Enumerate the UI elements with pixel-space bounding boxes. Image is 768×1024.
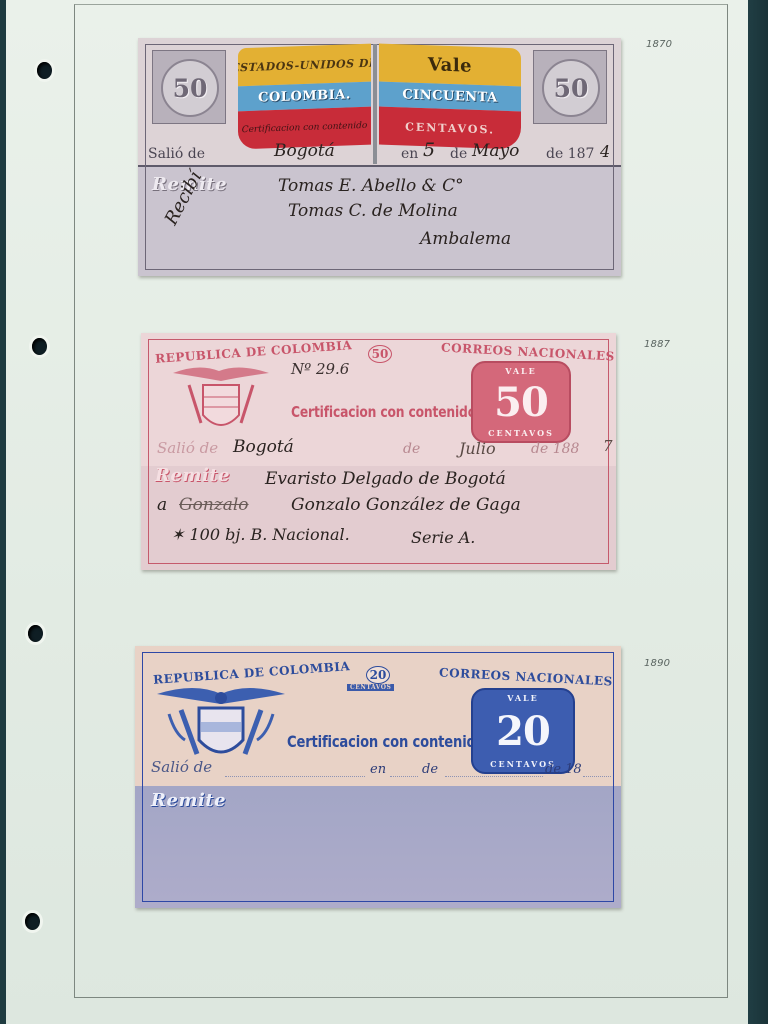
year-label: de 18 — [545, 762, 582, 777]
punch-hole — [37, 62, 52, 79]
coat-of-arms-icon — [169, 363, 273, 441]
year-annotation-2: 1887 — [644, 339, 670, 350]
de-label: de — [422, 762, 438, 777]
handwritten-series: Serie A. — [411, 528, 475, 547]
handwritten-place: Bogotá — [233, 437, 294, 457]
certificacion-title: Certificacion con contenido — [291, 403, 476, 421]
handwritten-place: Bogotá — [274, 141, 335, 161]
stamp-value: 20 — [496, 708, 550, 755]
punch-hole — [25, 913, 40, 930]
handwritten-year-digit: 4 — [600, 142, 610, 161]
year-label: de 187 — [546, 146, 594, 162]
value-stamp-right: 50 — [533, 50, 607, 124]
en-label: en — [401, 146, 418, 162]
vignette-label: CENTAVOS — [347, 684, 394, 691]
handwritten-prefix: a — [157, 495, 167, 515]
en-label: en — [370, 762, 386, 777]
punch-hole — [28, 625, 43, 642]
value-stamp-left: 50 — [152, 50, 226, 124]
handwritten-recipient: Tomas C. de Molina — [288, 201, 458, 221]
flag-banner-right: Vale CINCUENTA CENTAVOS. — [379, 44, 521, 157]
handwritten-year-digit: 7 — [603, 437, 613, 455]
postal-item-1890: REPUBLICA DE COLOMBIA CORREOS NACIONALES… — [135, 646, 621, 908]
punch-hole — [32, 338, 47, 355]
de-label: de — [403, 441, 420, 457]
handwritten-number: Nº 29.6 — [291, 360, 349, 378]
year-line — [583, 776, 611, 777]
remite-label: Remite — [151, 790, 226, 811]
year-label: de 188 — [531, 441, 579, 457]
day-line — [390, 776, 418, 777]
handwritten-destination: Ambalema — [420, 229, 511, 249]
de-label: de — [450, 146, 467, 162]
salio-label: Salió de — [151, 758, 212, 776]
postal-item-1887: REPUBLICA DE COLOMBIA CORREOS NACIONALES… — [141, 333, 616, 570]
certificacion-title: Certificacion con contenido — [287, 732, 485, 751]
handwritten-recipient: Gonzalo González de Gaga — [291, 495, 521, 515]
salio-label: Salió de — [157, 439, 218, 457]
salio-label: Salió de — [148, 146, 205, 162]
album-background — [748, 0, 768, 1024]
place-line — [225, 776, 365, 777]
remite-label: Remite — [155, 465, 230, 486]
value-stamp: VALE 50 CENTAVOS — [471, 361, 571, 443]
handwritten-sender: Tomas E. Abello & C° — [278, 176, 464, 196]
flag-pole — [373, 44, 377, 164]
postal-item-1870: 50 50 ESTADOS-UNIDOS DE COLOMBIA. Certif… — [138, 38, 621, 276]
handwritten-month: Julio — [459, 439, 496, 458]
handwritten-struck-name: Gonzalo — [179, 495, 249, 515]
stamp-value: 50 — [494, 379, 548, 426]
handwritten-month: Mayo — [472, 141, 519, 161]
month-line — [445, 776, 543, 777]
handwritten-day: 5 — [423, 139, 435, 161]
year-annotation-3: 1890 — [644, 658, 670, 669]
year-annotation-1: 1870 — [646, 39, 672, 50]
stamp-value: 50 — [173, 74, 208, 103]
center-vignette: 50 — [341, 339, 419, 369]
handwritten-value-note: ✶ 100 bj. B. Nacional. — [171, 525, 350, 544]
flag-banner-left: ESTADOS-UNIDOS DE COLOMBIA. Certificacio… — [238, 44, 371, 157]
coat-of-arms-icon — [155, 684, 287, 768]
stamp-value: 50 — [554, 74, 589, 103]
handwritten-sender: Evaristo Delgado de Bogotá — [265, 469, 506, 489]
